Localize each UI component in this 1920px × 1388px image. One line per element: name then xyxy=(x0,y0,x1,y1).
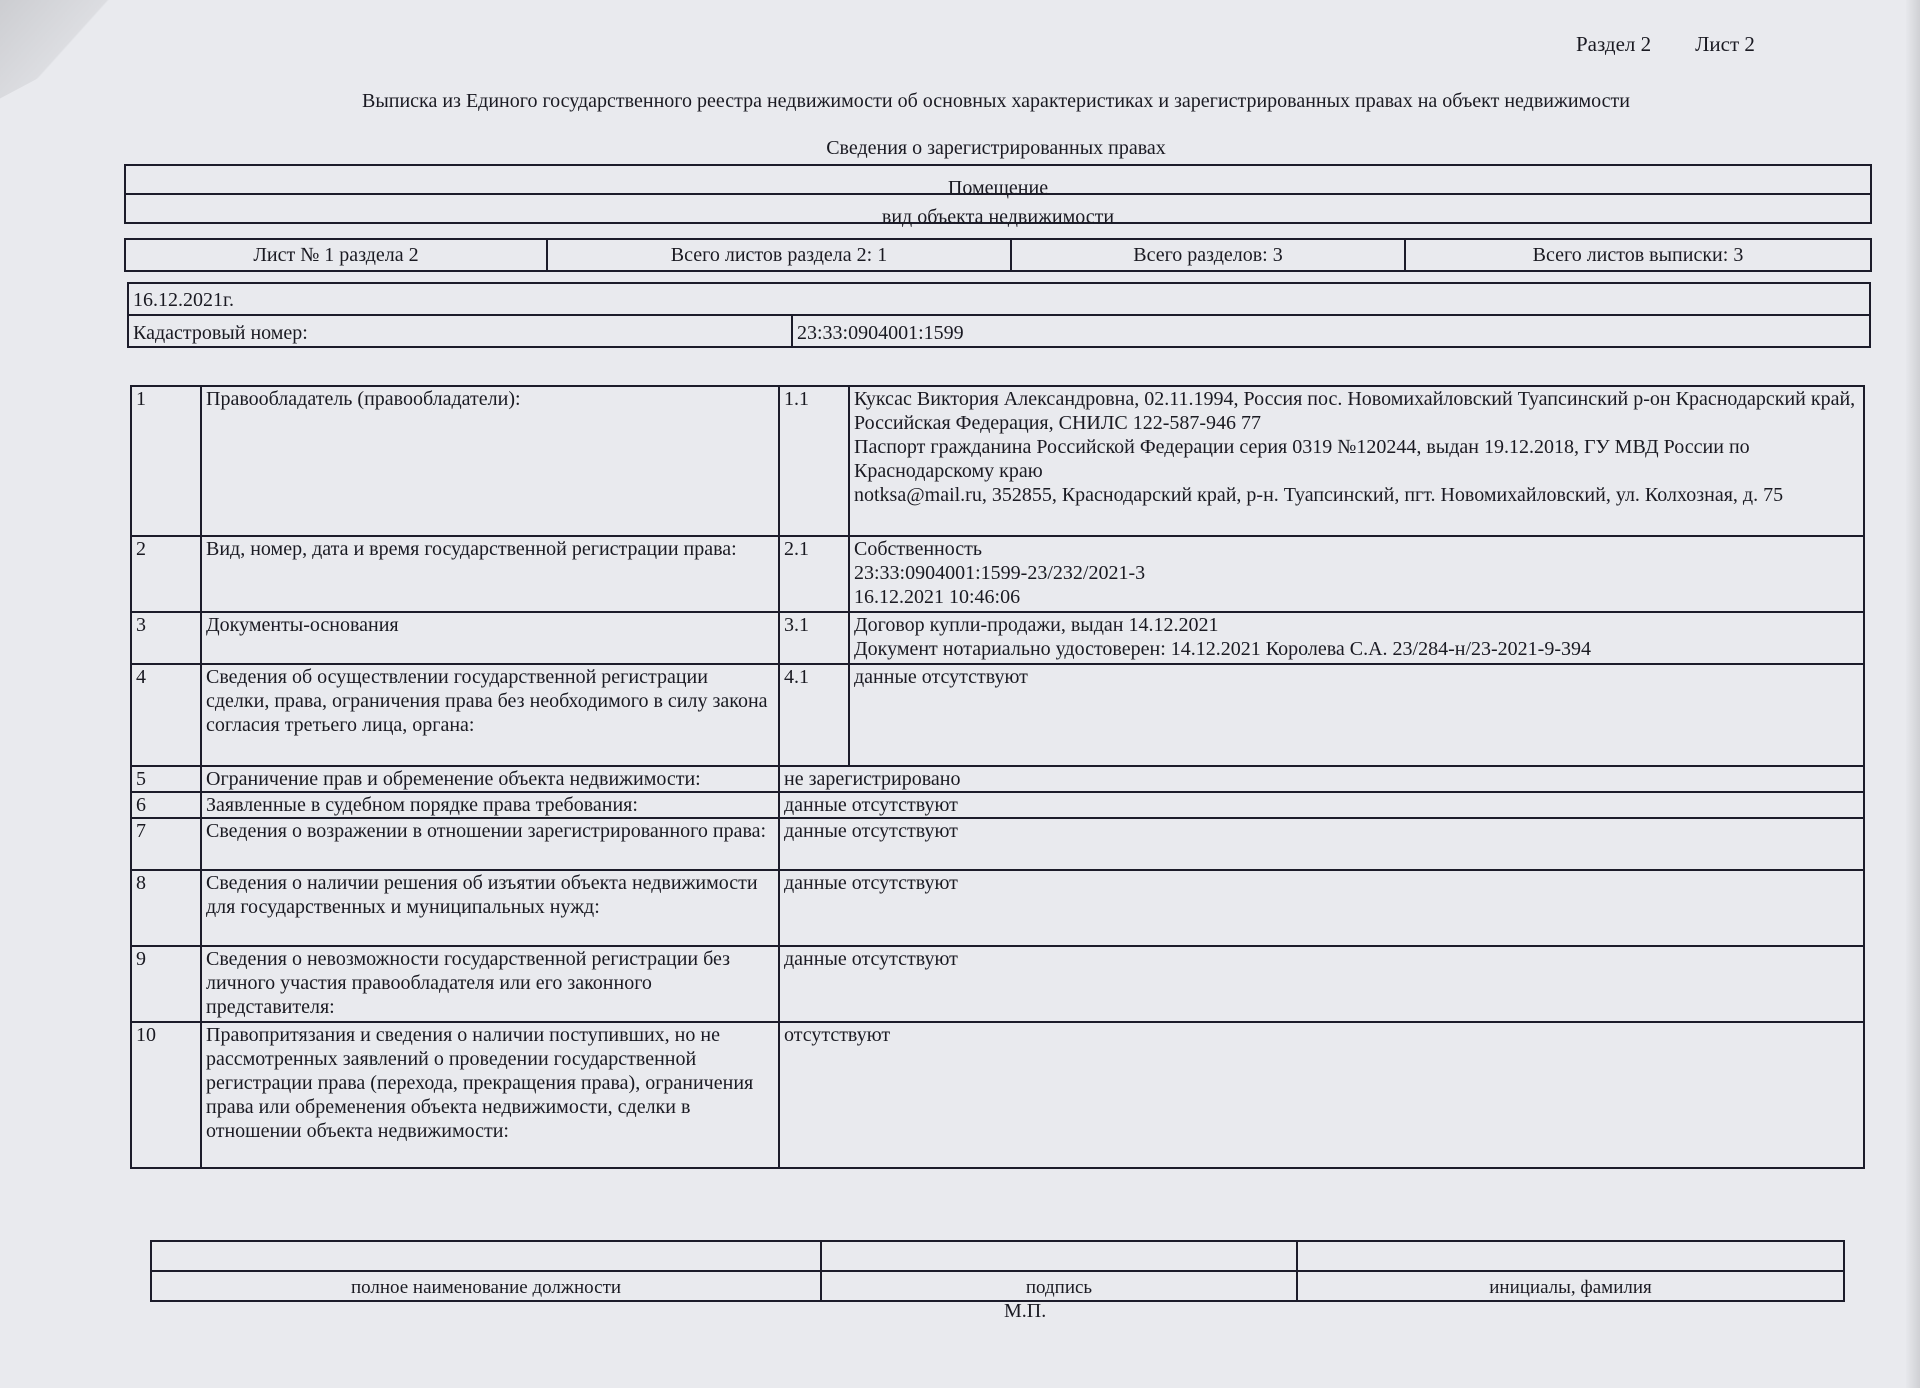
row-subnumber: 2.1 xyxy=(779,536,849,612)
row-value: данные отсутствуют xyxy=(849,664,1864,766)
row-value: данные отсутствуют xyxy=(779,946,1864,1022)
object-type-box: Помещение вид объекта недвижимости xyxy=(124,164,1872,224)
sheet-of-section: Лист № 1 раздела 2 xyxy=(126,240,548,270)
table-row: 5 Ограничение прав и обременение объекта… xyxy=(131,766,1864,792)
name-field xyxy=(1297,1241,1844,1271)
name-caption: инициалы, фамилия xyxy=(1297,1271,1844,1301)
right-type: Собственность xyxy=(854,537,1859,561)
table-row: 9 Сведения о невозможности государственн… xyxy=(131,946,1864,1022)
row-value: данные отсутствуют xyxy=(779,792,1864,818)
position-field xyxy=(151,1241,821,1271)
section-number: Раздел 2 xyxy=(1576,32,1651,57)
row-value: данные отсутствуют xyxy=(779,818,1864,870)
registration-datetime: 16.12.2021 10:46:06 xyxy=(854,585,1859,609)
date-cadastral-box: 16.12.2021г. Кадастровый номер: 23:33:09… xyxy=(127,282,1871,348)
total-sheets: Всего листов выписки: 3 xyxy=(1406,240,1870,270)
cadastral-number: 23:33:0904001:1599 xyxy=(793,316,964,346)
row-label: Документы-основания xyxy=(201,612,779,664)
row-number: 6 xyxy=(131,792,201,818)
notary-certification: Документ нотариально удостоверен: 14.12.… xyxy=(854,637,1859,661)
row-number: 1 xyxy=(131,386,201,536)
stamp-placeholder: М.П. xyxy=(1004,1300,1046,1323)
table-row: 1 Правообладатель (правообладатели): 1.1… xyxy=(131,386,1864,536)
holder-address: notksa@mail.ru, 352855, Краснодарский кр… xyxy=(854,483,1859,507)
row-label: Сведения о невозможности государственной… xyxy=(201,946,779,1022)
sheet-counts-row: Лист № 1 раздела 2 Всего листов раздела … xyxy=(124,238,1872,272)
holder-passport: Паспорт гражданина Российской Федерации … xyxy=(854,435,1859,483)
row-label: Правопритязания и сведения о наличии пос… xyxy=(201,1022,779,1168)
row-label: Правообладатель (правообладатели): xyxy=(201,386,779,536)
total-sheets-section: Всего листов раздела 2: 1 xyxy=(548,240,1012,270)
table-row: 8 Сведения о наличии решения об изъятии … xyxy=(131,870,1864,946)
cadastral-row: Кадастровый номер: 23:33:0904001:1599 xyxy=(129,316,1869,346)
sheet-reference: Раздел 2 Лист 2 xyxy=(1576,32,1755,57)
signature-field xyxy=(821,1241,1297,1271)
row-number: 5 xyxy=(131,766,201,792)
table-row: 2 Вид, номер, дата и время государственн… xyxy=(131,536,1864,612)
row-number: 3 xyxy=(131,612,201,664)
row-number: 10 xyxy=(131,1022,201,1168)
row-value: Куксас Виктория Александровна, 02.11.199… xyxy=(849,386,1864,536)
document-title: Выписка из Единого государственного реес… xyxy=(0,90,1920,113)
document-subtitle: Сведения о зарегистрированных правах xyxy=(0,137,1920,160)
row-subnumber: 4.1 xyxy=(779,664,849,766)
row-number: 2 xyxy=(131,536,201,612)
signature-caption: подпись xyxy=(821,1271,1297,1301)
table-row: 3 Документы-основания 3.1 Договор купли-… xyxy=(131,612,1864,664)
row-label: Сведения о возражении в отношении зареги… xyxy=(201,818,779,870)
row-label: Сведения о наличии решения об изъятии об… xyxy=(201,870,779,946)
row-value: Собственность 23:33:0904001:1599-23/232/… xyxy=(849,536,1864,612)
row-number: 9 xyxy=(131,946,201,1022)
table-row: 6 Заявленные в судебном порядке права тр… xyxy=(131,792,1864,818)
row-label: Вид, номер, дата и время государственной… xyxy=(201,536,779,612)
row-value: Договор купли-продажи, выдан 14.12.2021 … xyxy=(849,612,1864,664)
object-type-caption: вид объекта недвижимости xyxy=(126,195,1870,222)
cadastral-label: Кадастровый номер: xyxy=(129,316,793,346)
position-caption: полное наименование должности xyxy=(151,1271,821,1301)
table-row: 7 Сведения о возражении в отношении заре… xyxy=(131,818,1864,870)
row-subnumber: 1.1 xyxy=(779,386,849,536)
total-sections: Всего разделов: 3 xyxy=(1012,240,1406,270)
row-subnumber: 3.1 xyxy=(779,612,849,664)
signature-block: полное наименование должности подпись ин… xyxy=(150,1240,1845,1302)
document-page: Раздел 2 Лист 2 Выписка из Единого госуд… xyxy=(0,0,1920,1388)
table-row: 4 Сведения об осуществлении государствен… xyxy=(131,664,1864,766)
row-label: Заявленные в судебном порядке права треб… xyxy=(201,792,779,818)
extract-date: 16.12.2021г. xyxy=(129,284,1869,316)
row-number: 4 xyxy=(131,664,201,766)
row-value: не зарегистрировано xyxy=(779,766,1864,792)
object-type-value: Помещение xyxy=(126,166,1870,195)
sheet-number: Лист 2 xyxy=(1695,32,1755,57)
table-row: 10 Правопритязания и сведения о наличии … xyxy=(131,1022,1864,1168)
rights-table: 1 Правообладатель (правообладатели): 1.1… xyxy=(130,385,1865,1169)
registration-number: 23:33:0904001:1599-23/232/2021-3 xyxy=(854,561,1859,585)
basis-document: Договор купли-продажи, выдан 14.12.2021 xyxy=(854,613,1859,637)
row-label: Ограничение прав и обременение объекта н… xyxy=(201,766,779,792)
row-value: отсутствуют xyxy=(779,1022,1864,1168)
row-number: 8 xyxy=(131,870,201,946)
row-number: 7 xyxy=(131,818,201,870)
row-value: данные отсутствуют xyxy=(779,870,1864,946)
row-label: Сведения об осуществлении государственно… xyxy=(201,664,779,766)
holder-name: Куксас Виктория Александровна, 02.11.199… xyxy=(854,387,1859,435)
